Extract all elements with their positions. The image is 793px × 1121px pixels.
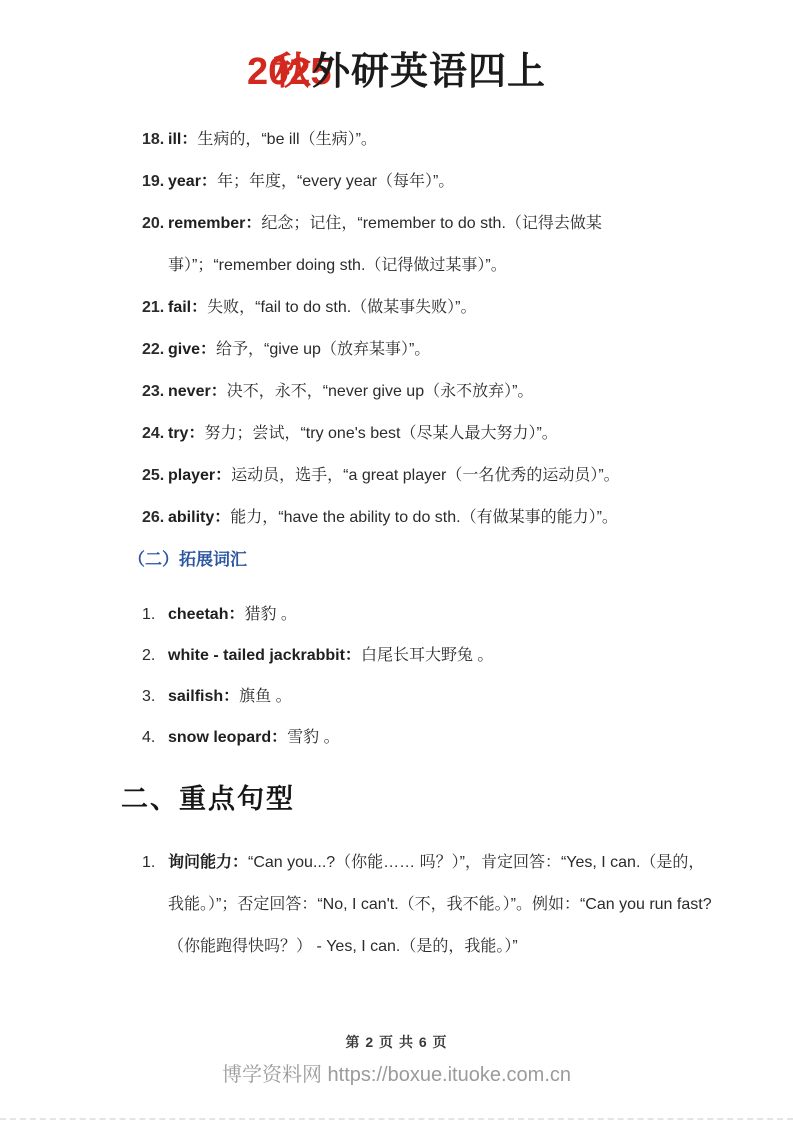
item-word: ill： [168, 131, 197, 148]
title-rest: 外研英语四上 [312, 51, 546, 93]
section2-heading: 二、重点句型 [121, 779, 295, 819]
extended-item-2: 2.white - tailed jackrabbit：白尾长耳大野兔 。 [142, 635, 713, 676]
footer-page-number: 第 2 页 共 6 页 [0, 1032, 793, 1052]
vocab-item-23: 23.never：决不，永不，“never give up（永不放弃）”。 [142, 371, 713, 413]
item-definition: 努力；尝试，“try one's best（尽某人最大努力）”。 [204, 425, 557, 442]
extended-item-1: 1.cheetah：猎豹 。 [142, 594, 713, 635]
item-number: 1. [142, 594, 168, 635]
vocab-item-19: 19.year：年；年度，“every year（每年）”。 [142, 161, 713, 203]
item-definition: 雪豹 。 [287, 729, 339, 746]
item-number: 25. [142, 455, 168, 497]
vocab-item-24: 24.try：努力；尝试，“try one's best（尽某人最大努力）”。 [142, 413, 713, 455]
item-number: 19. [142, 161, 168, 203]
item-number: 3. [142, 676, 168, 717]
vocab-list: 18.ill：生病的，“be ill（生病）”。 19.year：年；年度，“e… [0, 119, 793, 539]
vocab-item-20: 20.remember：纪念；记住，“remember to do sth.（记… [142, 203, 713, 287]
item-definition: 运动员，选手，“a great player（一名优秀的运动员）”。 [231, 467, 620, 484]
vocab-item-22: 22.give：给予，“give up（放弃某事）”。 [142, 329, 713, 371]
footer-site-url: 博学资料网 https://boxue.ituoke.com.cn [0, 1061, 793, 1089]
item-definition: “Can you...?（你能…… 吗？）”，肯定回答：“Yes, I can.… [168, 854, 712, 955]
item-word: white - tailed jackrabbit： [168, 647, 361, 664]
sub-section-heading: （二）拓展词汇 [128, 539, 247, 581]
item-number: 18. [142, 119, 168, 161]
item-definition: 能力，“have the ability to do sth.（有做某事的能力）… [230, 509, 618, 526]
extended-item-3: 3.sailfish：旗鱼 。 [142, 676, 713, 717]
page-break-dashed-line [0, 1118, 793, 1120]
item-word: snow leopard： [168, 729, 287, 746]
item-number: 2. [142, 635, 168, 676]
item-number: 22. [142, 329, 168, 371]
item-word: 询问能力： [168, 854, 248, 871]
item-word: cheetah： [168, 606, 244, 623]
vocab-item-26: 26.ability：能力，“have the ability to do st… [142, 497, 713, 539]
item-definition: 给予，“give up（放弃某事）”。 [216, 341, 430, 358]
extended-item-4: 4.snow leopard：雪豹 。 [142, 717, 713, 758]
vocab-item-25: 25.player：运动员，选手，“a great player（一名优秀的运动… [142, 455, 713, 497]
item-number: 1. [142, 842, 168, 884]
item-word: give： [168, 341, 216, 358]
item-definition: 决不，永不，“never give up（永不放弃）”。 [227, 383, 534, 400]
item-definition: 年；年度，“every year（每年）”。 [217, 173, 454, 190]
item-number: 21. [142, 287, 168, 329]
item-word: year： [168, 173, 217, 190]
document-page: 2025 秋外研英语四上 18.ill：生病的，“be ill（生病）”。 19… [0, 0, 793, 1121]
item-word: ability： [168, 509, 230, 526]
item-word: player： [168, 467, 231, 484]
vocab-item-21: 21.fail：失败，“fail to do sth.（做某事失败）”。 [142, 287, 713, 329]
item-definition: 白尾长耳大野兔 。 [361, 647, 493, 664]
item-number: 4. [142, 717, 168, 758]
item-number: 23. [142, 371, 168, 413]
item-word: try： [168, 425, 204, 442]
item-word: never： [168, 383, 227, 400]
item-word: fail： [168, 299, 207, 316]
title-season: 秋 [273, 51, 312, 93]
item-definition: 失败，“fail to do sth.（做某事失败）”。 [207, 299, 476, 316]
item-definition: 生病的，“be ill（生病）”。 [197, 131, 377, 148]
page-title: 2025 秋外研英语四上 [0, 48, 793, 96]
vocab-item-18: 18.ill：生病的，“be ill（生病）”。 [142, 119, 713, 161]
key-sentence-list: 1.询问能力：“Can you...?（你能…… 吗？）”，肯定回答：“Yes,… [0, 842, 793, 968]
item-word: remember： [168, 215, 261, 232]
item-word: sailfish： [168, 688, 239, 705]
item-number: 26. [142, 497, 168, 539]
item-number: 24. [142, 413, 168, 455]
item-definition: 猎豹 。 [244, 606, 296, 623]
title-year: 2025 [247, 48, 273, 96]
extended-vocab-list: 1.cheetah：猎豹 。 2.white - tailed jackrabb… [0, 594, 793, 758]
sentence-item-1: 1.询问能力：“Can you...?（你能…… 吗？）”，肯定回答：“Yes,… [142, 842, 713, 968]
item-definition: 旗鱼 。 [239, 688, 291, 705]
item-number: 20. [142, 203, 168, 245]
